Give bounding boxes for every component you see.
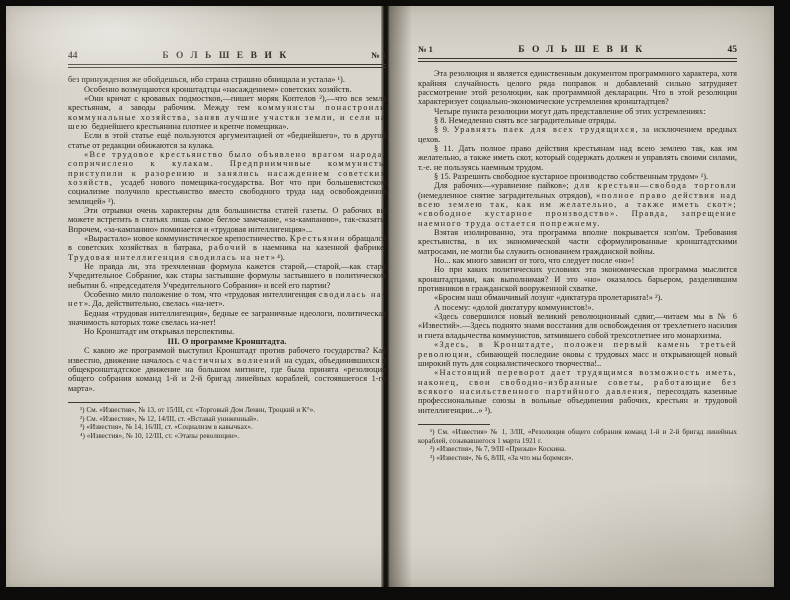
paragraph: § 8. Немедленно снять все заградительные… — [418, 116, 737, 125]
footnote: ²) См. «Известия», № 12, 14/III, ст. «Вс… — [68, 415, 386, 424]
paragraph: Взятая изолированно, эта программа вполн… — [418, 228, 737, 256]
paragraph: Но... как много зависит от того, что сле… — [418, 256, 737, 265]
paragraph: Четыре пункта резолюции могут дать предс… — [418, 107, 737, 116]
footnote-rule — [418, 424, 490, 425]
book-scan: { "left_page": { "page_number": "44", "j… — [0, 0, 790, 600]
paragraph: Эти отрывки очень характерны для большин… — [68, 206, 386, 234]
footnote: ³) «Известия», № 6, 8/III, «За что мы бо… — [418, 454, 737, 463]
paragraph: «Вырастало» новое коммунистическое крепо… — [68, 234, 386, 262]
paragraph: «Здесь совершился новый великий революци… — [418, 312, 737, 340]
right-page: № 1 БОЛЬШЕВИК 45 Эта резолюция и являетс… — [418, 44, 737, 462]
footnote: ⁴) «Известия», № 10, 12/III, ст. «Этапы … — [68, 432, 386, 441]
paragraph: Если в этой статье ещё пользуются аргуме… — [68, 131, 386, 150]
paragraph: С какою же программой выступил Кронштадт… — [68, 346, 386, 393]
left-page: 44 БОЛЬШЕВИК № 1 без принуждения же обой… — [68, 50, 386, 440]
journal-title: БОЛЬШЕВИК — [155, 51, 294, 61]
book-spread: 44 БОЛЬШЕВИК № 1 без принуждения же обой… — [6, 6, 774, 587]
paragraph: Не правда ли, эта трехчленная формула ка… — [68, 262, 386, 290]
paragraph: § 9. Уравнять паек для всех трудящихся, … — [418, 125, 737, 144]
left-running-head: 44 БОЛЬШЕВИК № 1 — [68, 50, 386, 61]
paragraph: А посему: «долой диктатуру коммунистов!»… — [418, 303, 737, 312]
paragraph: «Они кричат с кровавых подмостков,—пишет… — [68, 94, 386, 131]
right-running-head: № 1 БОЛЬШЕВИК 45 — [418, 44, 737, 55]
journal-title: БОЛЬШЕВИК — [511, 45, 650, 55]
paragraph: без принуждения же обойдешься, ибо стран… — [68, 75, 386, 84]
right-page-number: 45 — [727, 45, 737, 55]
header-rule — [68, 64, 386, 68]
paragraph: Особенно возмущаются кронштадтцы «насажд… — [68, 85, 386, 94]
paragraph: «Все трудовое крестьянство было объявлен… — [68, 150, 386, 206]
paragraph: Бедная «трудовая интеллигенция», бедные … — [68, 309, 386, 328]
gutter-shadow — [390, 6, 412, 587]
paragraph: Особенно мило положение о том, что «труд… — [68, 290, 386, 309]
right-footnotes: ¹) См. «Известия» № 1, 3/III, «Резолюция… — [418, 424, 737, 463]
footnote: ¹) См. «Известия», № 13, от 15/III, ст. … — [68, 406, 386, 415]
header-rule — [418, 58, 737, 62]
section-heading: III. О программе Кронштадта. — [68, 337, 386, 346]
paragraph: Для рабочих—«уравнение пайков»; для крес… — [418, 181, 737, 228]
footnote: ¹) См. «Известия» № 1, 3/III, «Резолюция… — [418, 428, 737, 445]
left-issue-number: № 1 — [371, 50, 386, 60]
right-body-text: Эта резолюция и является единственным до… — [418, 69, 737, 415]
paragraph: § 15. Разрешить свободное кустарное прои… — [418, 172, 737, 181]
left-page-number: 44 — [68, 51, 78, 61]
footnote: ³) «Известия», № 14, 16/III, ст. «Социал… — [68, 423, 386, 432]
left-body-text: без принуждения же обойдешься, ибо стран… — [68, 75, 386, 393]
paragraph: § 11. Дать полное право действия крестья… — [418, 144, 737, 172]
paragraph: Но при каких политических условиях эта э… — [418, 265, 737, 293]
paragraph: «Здесь, в Кронштадте, положен первый кам… — [418, 340, 737, 368]
left-footnotes: ¹) См. «Известия», № 13, от 15/III, ст. … — [68, 402, 386, 441]
footnote-rule — [68, 402, 140, 403]
right-issue-number: № 1 — [418, 44, 433, 54]
paragraph: Эта резолюция и является единственным до… — [418, 69, 737, 106]
footnote: ²) «Известия», № 7, 9/III «Призыв» Коски… — [418, 445, 737, 454]
paragraph: «Настоящий переворот дает трудящимся воз… — [418, 368, 737, 415]
paragraph: «Бросим наш обманчивый лозунг «диктатура… — [418, 293, 737, 302]
